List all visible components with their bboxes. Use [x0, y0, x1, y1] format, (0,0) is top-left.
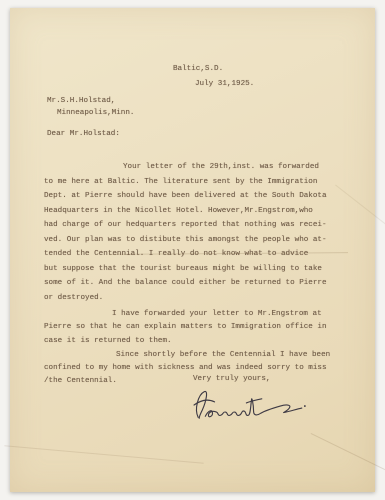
- recipient-name: Mr.S.H.Holstad,: [47, 97, 115, 105]
- paper-crease: [4, 445, 203, 463]
- paper-crease: [311, 433, 385, 476]
- recipient-city: Minneapolis,Minn.: [57, 109, 134, 117]
- letter-paper: Baltic,S.D. July 31,1925. Mr.S.H.Holstad…: [10, 8, 375, 492]
- scanned-letter-photo: Baltic,S.D. July 31,1925. Mr.S.H.Holstad…: [0, 0, 385, 500]
- dateline-place: Baltic,S.D.: [173, 65, 223, 73]
- dateline-date: July 31,1925.: [195, 80, 254, 88]
- signature-handwriting: [192, 386, 310, 424]
- body-paragraph-1: Your letter of the 29th,inst. was forwar…: [44, 160, 344, 305]
- salutation: Dear Mr.Holstad:: [47, 130, 120, 138]
- closing-valediction: Very truly yours,: [193, 375, 270, 383]
- body-paragraph-2: I have forwarded your letter to Mr.Engst…: [44, 308, 344, 348]
